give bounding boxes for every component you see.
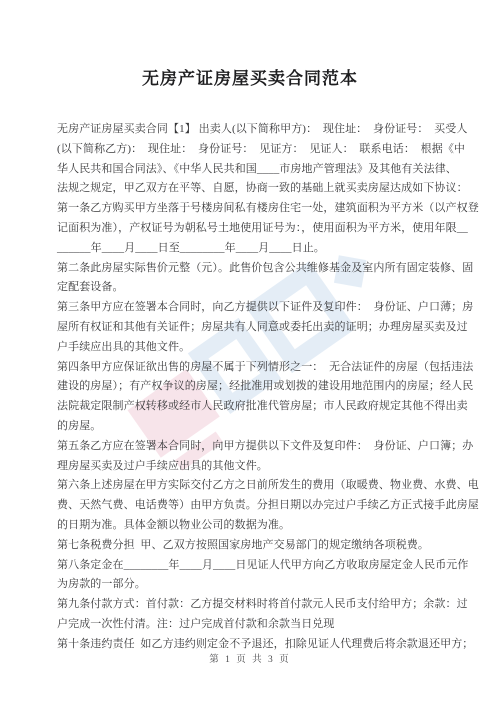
text-line: 第一条乙方购买甲方坐落于号楼房间私有楼房住宅一处，建筑面积为平方米（以产权登 <box>57 199 445 219</box>
text-line: 法院裁定限制产权转移或经市人民政府批准代管房屋；市人民政府规定其他不得出卖 <box>57 397 445 417</box>
text-line: 第九条付款方式：首付款：乙方提交材料时将首付款元人民币支付给甲方；余款：过 <box>57 595 445 615</box>
text-line: 华人民共和国合同法》、《中华人民共和国____市房地产管理法》及其他有关法律、 <box>57 160 445 180</box>
text-line: ______年____月____日至________年____月____日止。 <box>57 239 445 259</box>
document-title: 无房产证房屋买卖合同范本 <box>0 64 500 89</box>
text-line: 第五条乙方应在签署本合同时，向甲方提供以下文件及复印件： 身份证、户口簿；办 <box>57 437 445 457</box>
text-line: 户手续应出具的其他文件。 <box>57 338 445 358</box>
contract-page: 无房产证房屋买卖合同范本 无房产证房屋买卖合同【1】 出卖人(以下简称甲方)： … <box>0 0 500 706</box>
text-line: 为房款的一部分。 <box>57 575 445 595</box>
text-line: 第四条甲方应保证欲出售的房屋不属于下列情形之一： 无合法证件的房屋（包括违法 <box>57 358 445 378</box>
text-line: 理房屋买卖及过户手续应出具的其他文件。 <box>57 457 445 477</box>
text-line: 第七条税费分担 甲、乙双方按照国家房地产交易部门的规定缴纳各项税费。 <box>57 536 445 556</box>
text-line: 费、天然气费、电话费等）由甲方负责。分担日期以办完过户手续乙方正式接手此房屋 <box>57 496 445 516</box>
text-line: 第八条定金在________年____月____日见证人代甲方向乙方收取房屋定金… <box>57 556 445 576</box>
document-body: 无房产证房屋买卖合同【1】 出卖人(以下简称甲方)： 现住址： 身份证号： 买受… <box>57 120 445 655</box>
text-line: 建设的房屋）；有产权争议的房屋；经批准用或划拨的建设用地范围内的房屋；经人民 <box>57 377 445 397</box>
text-line: 第六条上述房屋在甲方实际交付乙方之日前所发生的费用（取暖费、物业费、水费、电 <box>57 476 445 496</box>
text-line: 的日期为准。具体金额以物业公司的数据为准。 <box>57 516 445 536</box>
text-line: 户完成一次性付清。注：过户完成首付款和余款当日兑现 <box>57 615 445 635</box>
text-line: 第三条甲方应在签署本合同时，向乙方提供以下证件及复印件： 身份证、户口薄；房 <box>57 298 445 318</box>
text-line: 无房产证房屋买卖合同【1】 出卖人(以下简称甲方)： 现住址： 身份证号： 买受… <box>57 120 445 140</box>
page-footer: 第 1 页 共 3 页 <box>0 651 500 665</box>
text-line: 定配套设备。 <box>57 278 445 298</box>
text-line: 记面积为准），产权证号为朝私号土地使用证号为：，使用面积为平方米，使用年限__ <box>57 219 445 239</box>
text-line: 屋所有权证和其他有关证件；房屋共有人同意或委托出卖的证明；办理房屋买卖及过 <box>57 318 445 338</box>
text-line: 的房屋。 <box>57 417 445 437</box>
text-line: (以下简称乙方)： 现住址： 身份证号： 见证方： 见证人： 联系电话： 根据《… <box>57 140 445 160</box>
text-line: 法规之规定，甲乙双方在平等、自愿，协商一致的基础上就买卖房屋达成如下协议： <box>57 179 445 199</box>
text-line: 第二条此房屋实际售价元整（元）。此售价包含公共维修基金及室内所有固定装修、固 <box>57 259 445 279</box>
